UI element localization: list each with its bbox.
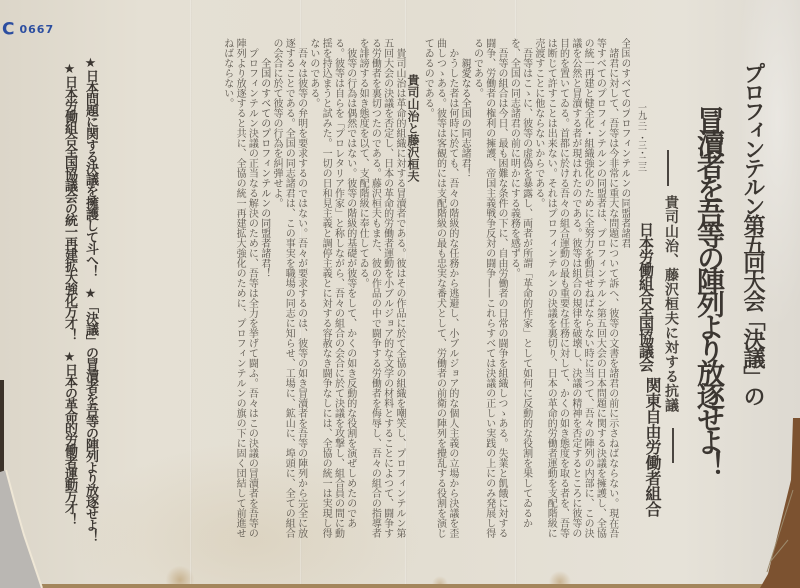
- body-text: 全国のすべてのプロフィンテルンの同盟者諸君 諸君に対して、吾等は今非常に重大な問…: [100, 38, 630, 543]
- stamp-number: 0667: [19, 23, 54, 36]
- title-line-2: 冒瀆者を吾等の陣列より放逐せよ！: [689, 106, 729, 474]
- body-paragraph: 吾等はこゝに、彼等の虚偽を暴露し、両者が所謂「革命的作家」として如何に反動的な役…: [507, 38, 532, 543]
- slogan: ★「決議」の冒瀆者を吾等の陣列より放逐せよ！: [83, 287, 98, 542]
- body-paragraph: 彼等の行為は偶然ではない。彼等の階級的基礎が彼等をして、かくの如き反動的な役割を…: [307, 38, 356, 543]
- slogan: ★日本労働組合全国協議会の統一再建拡大強化万才！: [62, 62, 77, 340]
- body-paragraph: 貴司山治は革命的組織に対する冒瀆者である。彼はその作品に於て全協の組織を嘲笑し、…: [356, 38, 405, 543]
- slogan: ★日本問題に関する決議を擁護して斗へ！: [83, 56, 98, 277]
- slogan: ★日本の革命的労働者運動万才！: [62, 350, 77, 525]
- slogan-column-right: ★日本問題に関する決議を擁護して斗へ！★「決議」の冒瀆者を吾等の陣列より放逐せよ…: [81, 56, 100, 542]
- subtitle-dash-top: [667, 150, 669, 186]
- subtitle-dash-bottom: [672, 428, 674, 463]
- body-salutation: 全国のすべてのプロフィンテルンの同盟者諸君！: [257, 38, 269, 543]
- subtitle: 貴司山治、藤沢桓夫に対する抗議: [661, 195, 681, 413]
- body-paragraph: かうした者は何時に於ても、吾々の階級的な任務から逃避し、小ブルジョア的な個人主義…: [421, 38, 458, 543]
- issuing-union: 関東自由労働者組合: [641, 377, 664, 517]
- issue-date: 一九三一・三・二三: [635, 103, 648, 171]
- section-heading: 貴司山治と藤沢桓夫: [405, 38, 421, 543]
- issuing-federation: 日本労働組合全国協議会: [636, 222, 657, 371]
- body-paragraph: 諸君に対して、吾等は今非常に重大な問題について訴へ、彼等の文書を諸君の前に示さね…: [532, 38, 618, 543]
- scanned-leaflet: C0667 プロフィンテルン第五回大会「決議」の 冒瀆者を吾等の陣列より放逐せよ…: [0, 0, 800, 588]
- title-line-1: プロフィンテルン第五回大会「決議」の: [737, 62, 768, 404]
- body-salutation: 親愛なる全国の同志諸君！: [458, 38, 470, 543]
- body-paragraph: 吾等の組合は今日、最も困難な条件の下に、自由労働者の日常の闘争を組織しつゝある。…: [470, 38, 507, 543]
- stamp-prefix: C: [2, 20, 14, 40]
- body-paragraph: 吾々は彼等の弁明を要求するのではない。吾々が要求するのは、彼等の如き冒瀆者を吾等…: [270, 38, 307, 543]
- archive-stamp: C0667: [2, 19, 54, 40]
- body-salutation: 全国のすべてのプロフィンテルンの同盟者諸君: [618, 38, 630, 543]
- slogan-column-left: ★日本労働組合全国協議会の統一再建拡大強化万才！★日本の革命的労働者運動万才！: [60, 62, 79, 525]
- body-paragraph: プロフィンテルン決議の正当なる解決のために、吾等は全力を挙げて闘ふ。吾々はこの決…: [221, 38, 258, 543]
